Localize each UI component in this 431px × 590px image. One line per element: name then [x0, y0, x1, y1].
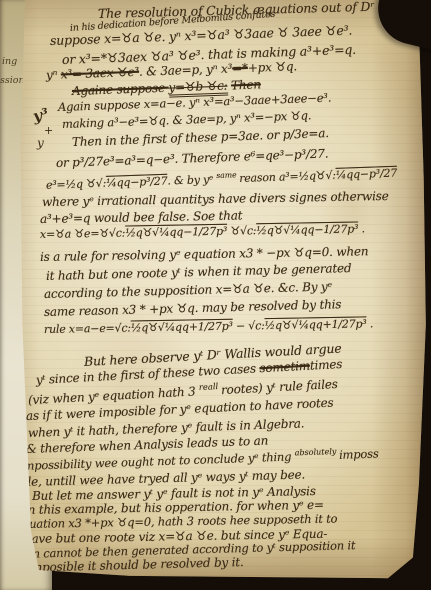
- manuscript-text-segment: ½q♉√¼qq−1/27p³: [125, 225, 227, 240]
- manuscript-text-segment: ½q♉√¼qq−1/27p³: [256, 222, 358, 237]
- manuscript-lines: The resolution of Cubick æquations out o…: [0, 0, 431, 590]
- manuscript-text-segment: .: [366, 317, 373, 330]
- manuscript-text-segment: times: [310, 357, 343, 373]
- manuscript-line: rule x=a−e=√c:½q♉√¼qq+1/27p³ − √c:½q♉√¼q…: [44, 317, 373, 336]
- manuscript-line: or p³/27e³=a³=q−e³. Therefore e⁶=qe³−p³/…: [56, 146, 329, 170]
- manuscript-text-segment: imposs: [339, 446, 379, 461]
- manuscript-text-segment: ¼qq−p³/27: [106, 175, 168, 190]
- manuscript-text-segment: reason a³=½q♉√:: [239, 169, 336, 185]
- manuscript-line: Then in the first of these p=3ae. or p/3…: [72, 126, 329, 149]
- manuscript-text-segment: rootes) yᵗ: [221, 380, 280, 397]
- manuscript-text-segment: ½q♉√¼qq+1/27p³: [265, 317, 367, 332]
- manuscript-text-segment: reall: [199, 381, 221, 392]
- manuscript-text-segment: ♉: [176, 301, 187, 315]
- manuscript-text-segment: q=0. when: [304, 244, 368, 259]
- manuscript-text-segment: =*: [232, 61, 248, 76]
- manuscript-text-segment: .: [358, 222, 365, 235]
- manuscript-text-segment: when yᵉ e=: [257, 498, 324, 513]
- adjacent-leaf-fragment: ing: [2, 56, 17, 67]
- manuscript-text-segment: rule failes: [279, 377, 338, 394]
- manuscript-text-segment: . & 3ae=p, yⁿ x³: [139, 62, 233, 79]
- manuscript-text-segment: q. may be resolved by this: [187, 297, 341, 315]
- manuscript-text-segment: ¼qq−p³/27: [336, 167, 398, 182]
- manuscript-text-segment: Then: [231, 77, 261, 92]
- manuscript-text-segment: quation x3 *+px: [22, 515, 117, 531]
- manuscript-text-segment: ♉√c:: [227, 224, 256, 238]
- manuscript-page: 23 y³ + y The resolution of Cubick æquat…: [0, 0, 431, 590]
- manuscript-text-segment: − √c:: [233, 319, 265, 333]
- manuscript-text-segment: yⁿ: [46, 67, 61, 82]
- manuscript-photo: ing ssion 23 y³ + y The resolution of Cu…: [0, 0, 431, 590]
- manuscript-text-segment: & therefore when: [26, 438, 135, 456]
- manuscript-text-segment: Then in the first of these p=3ae. or p/3…: [72, 126, 329, 149]
- manuscript-text-segment: where yᵉ irrationall quantitys have dive…: [42, 189, 389, 209]
- manuscript-text-segment: ♉: [294, 245, 305, 259]
- manuscript-text-segment: Againe suppose: [72, 81, 169, 98]
- manuscript-line: e³=½q ♉√:¼qq−p³/27. & by yᵉ same reason …: [46, 165, 398, 192]
- manuscript-line: a³+e³=q would bee false. Soe that: [40, 208, 243, 226]
- manuscript-text-segment: is a rule for resolving yᵉ equation x3 *…: [40, 246, 294, 264]
- manuscript-text-segment: absolutely: [294, 447, 339, 458]
- manuscript-text-segment: x³= 3aex ♉e³: [61, 65, 140, 82]
- adjacent-leaf-fragment: ssion: [0, 75, 25, 86]
- manuscript-text-segment: same reason x3 * +px: [44, 302, 177, 319]
- manuscript-text-segment: rule x=a−e=√c:: [44, 321, 131, 336]
- manuscript-text-segment: x=♉a ♉e=♉√c:: [40, 227, 125, 241]
- manuscript-line: same reason x3 * +px ♉q. may be resolved…: [44, 297, 342, 319]
- manuscript-text-segment: ♉: [117, 515, 127, 529]
- manuscript-text-segment: ½q♉√¼qq+1/27p³: [131, 320, 233, 335]
- manuscript-line: where yᵉ irrationall quantitys have dive…: [42, 189, 389, 209]
- manuscript-text-segment: or p³/27e³=a³=q−e³. Therefore e⁶=qe³−p³/…: [56, 146, 329, 170]
- manuscript-text-segment: . & by yᵉ: [167, 173, 216, 188]
- manuscript-text-segment: a³+e³=q would bee false. Soe that: [40, 208, 243, 226]
- manuscript-text-segment: +px ♉q.: [248, 59, 298, 75]
- manuscript-text-segment: sometim: [259, 359, 310, 376]
- manuscript-text-segment: same: [216, 170, 239, 180]
- manuscript-text-segment: e³=½q ♉√:: [46, 177, 107, 192]
